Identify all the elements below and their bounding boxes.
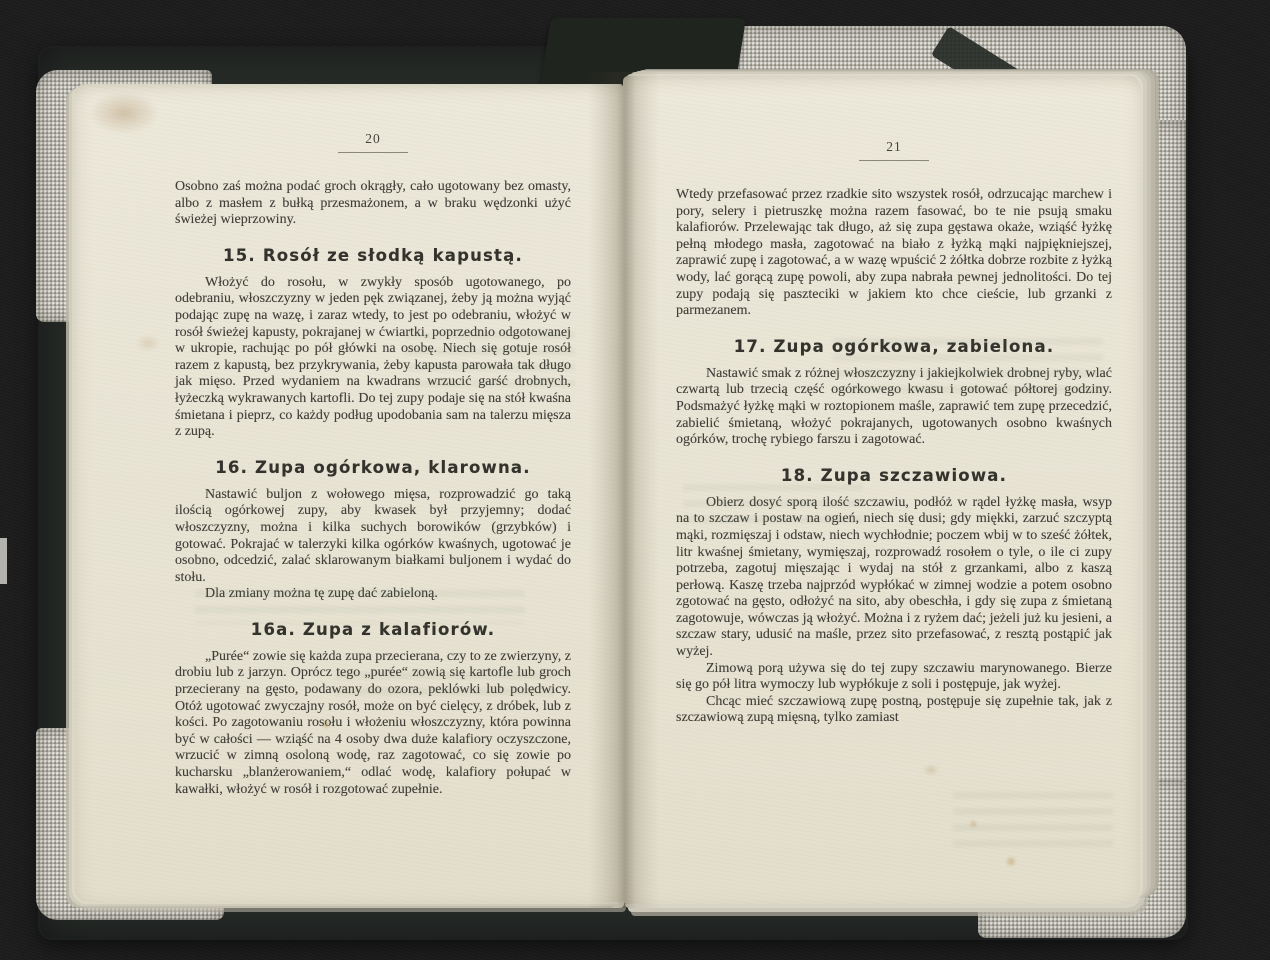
scanned-book-photo: 20 Osobno zaś można podać groch okrągły,… — [0, 0, 1270, 960]
paper-stain — [969, 820, 978, 828]
body-paragraph: Włożyć do rosołu, w zwykły sposób ugotow… — [175, 275, 571, 441]
body-paragraph: Chcąc mieć szczawiową zupę postną, postę… — [676, 694, 1112, 727]
page-right-text-column: Wtedy przefasować przez rzadkie sito wsz… — [676, 187, 1112, 727]
page-left-text-column: Osobno zaś można podać groch okrągły, ca… — [175, 179, 571, 798]
page-header: 21 — [676, 138, 1112, 161]
body-paragraph: Nastawić buljon z wołowego mięsa, rozpro… — [175, 487, 571, 587]
recipe-heading: 15. Rosół ze słodką kapustą. — [175, 246, 571, 265]
recipe-heading: 16. Zupa ogórkowa, klarowna. — [175, 458, 571, 477]
recipe-heading: 18. Zupa szczawiowa. — [676, 466, 1112, 485]
paper-stain — [1005, 856, 1017, 867]
show-through-text — [953, 792, 1113, 848]
scan-edge-artifact — [0, 538, 7, 584]
recipe-heading: 17. Zupa ogórkowa, zabielona. — [676, 337, 1112, 356]
body-paragraph: Zimową porą używa się do tej zupy szczaw… — [676, 661, 1112, 694]
recipe-heading: 16a. Zupa z kalafiorów. — [175, 620, 571, 639]
paper-stain — [923, 764, 939, 776]
page-left: 20 Osobno zaś można podać groch okrągły,… — [75, 84, 623, 902]
body-paragraph: Dla zmiany można tę zupę dać zabieloną. — [175, 586, 571, 603]
body-paragraph: Osobno zaś można podać groch okrągły, ca… — [175, 179, 571, 229]
body-paragraph: „Purée“ zowie się każda zupa przecierana… — [175, 649, 571, 798]
body-paragraph: Wtedy przefasować przez rzadkie sito wsz… — [676, 187, 1112, 320]
page-number: 20 — [338, 131, 408, 153]
page-right: 21 Wtedy przefasować przez rzadkie sito … — [623, 76, 1140, 904]
page-number: 21 — [859, 139, 929, 161]
body-paragraph: Obierz dosyć sporą ilość szczawiu, podłó… — [676, 495, 1112, 661]
body-paragraph: Nastawić smak z różnej włoszczyzny i jak… — [676, 366, 1112, 449]
page-header: 20 — [175, 130, 571, 153]
